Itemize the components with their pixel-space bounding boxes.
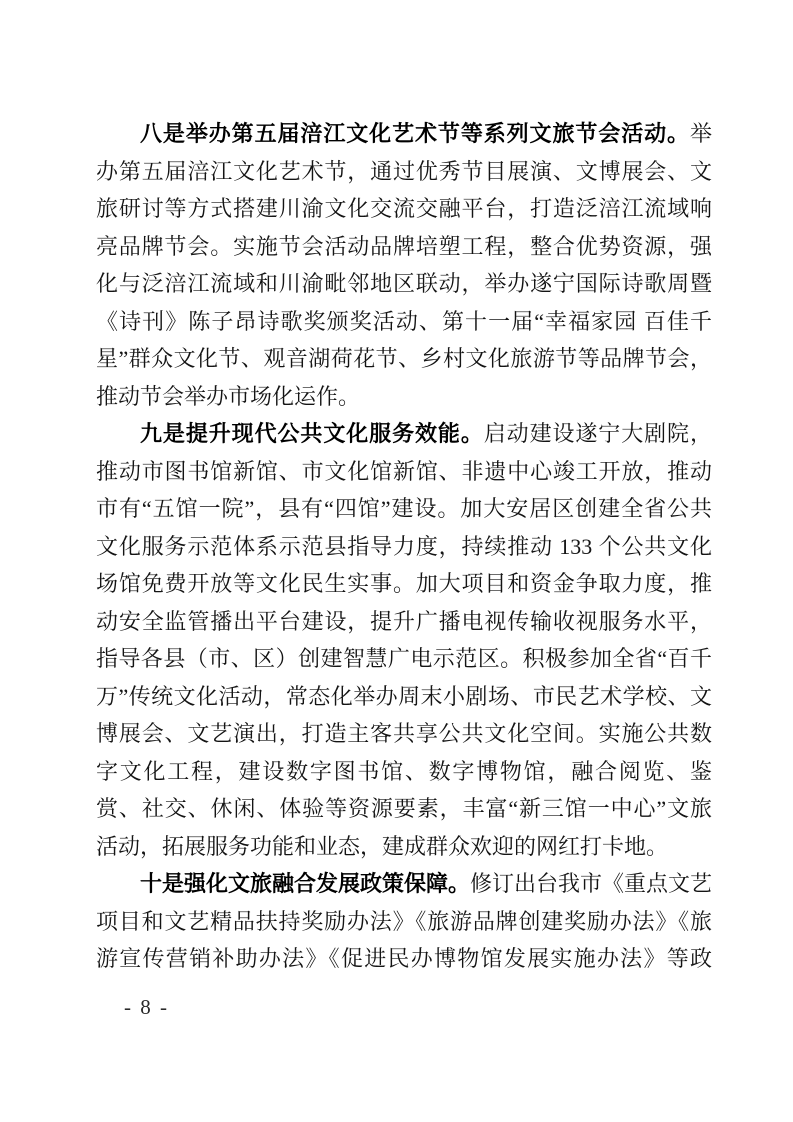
text-line: 八是举办第五届涪江文化艺术节等系列文旅节会活动。举: [96, 115, 712, 153]
line-text: 指导各县（市、区）创建智慧广电示范区。积极参加全省“百千: [96, 646, 712, 671]
line-text: 项目和文艺精品扶持奖励办法》《旅游品牌创建奖励办法》《旅: [96, 909, 712, 934]
text-line: 星”群众文化节、观音湖荷花节、乡村文化旅游节等品牌节会，: [96, 340, 712, 378]
line-text: 启动建设遂宁大剧院，: [484, 421, 712, 446]
line-text: 推动节会举办市场化运作。: [96, 384, 360, 409]
text-line: 《诗刊》陈子昂诗歌奖颁奖活动、第十一届“幸福家园 百佳千: [96, 303, 712, 341]
text-line: 字文化工程，建设数字图书馆、数字博物馆，融合阅览、鉴: [96, 753, 712, 791]
line-text: 字文化工程，建设数字图书馆、数字博物馆，融合阅览、鉴: [96, 759, 712, 784]
document-page: 八是举办第五届涪江文化艺术节等系列文旅节会活动。举 办第五届涪江文化艺术节，通过…: [0, 0, 793, 1122]
text-line: 万”传统文化活动，常态化举办周末小剧场、市民艺术学校、文: [96, 678, 712, 716]
text-line: 项目和文艺精品扶持奖励办法》《旅游品牌创建奖励办法》《旅: [96, 903, 712, 941]
text-line: 场馆免费开放等文化民生实事。加大项目和资金争取力度，推: [96, 565, 712, 603]
text-line: 指导各县（市、区）创建智慧广电示范区。积极参加全省“百千: [96, 640, 712, 678]
line-text: 文化服务示范体系示范县指导力度，持续推动 133 个公共文化: [96, 534, 712, 559]
line-text: 万”传统文化活动，常态化举办周末小剧场、市民艺术学校、文: [96, 684, 712, 709]
text-line: 九是提升现代公共文化服务效能。启动建设遂宁大剧院，: [96, 415, 712, 453]
text-line: 赏、社交、休闲、体验等资源要素，丰富“新三馆一中心”文旅: [96, 790, 712, 828]
text-line: 动安全监管播出平台建设，提升广播电视传输收视服务水平，: [96, 603, 712, 641]
text-line: 推动节会举办市场化运作。: [96, 378, 712, 416]
line-text: 游宣传营销补助办法》《促进民办博物馆发展实施办法》等政: [96, 946, 712, 971]
text-line: 活动，拓展服务功能和业态，建成群众欢迎的网红打卡地。: [96, 828, 712, 866]
line-text: 活动，拓展服务功能和业态，建成群众欢迎的网红打卡地。: [96, 834, 668, 859]
line-text: 举: [690, 121, 712, 146]
text-line: 十是强化文旅融合发展政策保障。修订出台我市《重点文艺: [96, 865, 712, 903]
line-text: 亮品牌节会。实施节会活动品牌培塑工程，整合优势资源，强: [96, 234, 712, 259]
line-text: 场馆免费开放等文化民生实事。加大项目和资金争取力度，推: [96, 571, 712, 596]
line-text: 赏、社交、休闲、体验等资源要素，丰富“新三馆一中心”文旅: [96, 796, 712, 821]
line-text: 化与泛涪江流域和川渝毗邻地区联动，举办遂宁国际诗歌周暨: [96, 271, 712, 296]
paragraph-lead: 八是举办第五届涪江文化艺术节等系列文旅节会活动。: [140, 121, 690, 146]
paragraph-lead: 十是强化文旅融合发展政策保障。: [140, 871, 470, 896]
text-line: 文化服务示范体系示范县指导力度，持续推动 133 个公共文化: [96, 528, 712, 566]
line-text: 《诗刊》陈子昂诗歌奖颁奖活动、第十一届“幸福家园 百佳千: [96, 309, 712, 334]
text-line: 市有“五馆一院”，县有“四馆”建设。加大安居区创建全省公共: [96, 490, 712, 528]
text-line: 化与泛涪江流域和川渝毗邻地区联动，举办遂宁国际诗歌周暨: [96, 265, 712, 303]
line-text: 动安全监管播出平台建设，提升广播电视传输收视服务水平，: [96, 609, 712, 634]
page-number: - 8 -: [124, 995, 169, 1019]
text-line: 旅研讨等方式搭建川渝文化交流交融平台，打造泛涪江流域响: [96, 190, 712, 228]
line-text: 办第五届涪江文化艺术节，通过优秀节目展演、文博展会、文: [96, 159, 712, 184]
line-text: 推动市图书馆新馆、市文化馆新馆、非遗中心竣工开放，推动: [96, 459, 712, 484]
text-line: 亮品牌节会。实施节会活动品牌培塑工程，整合优势资源，强: [96, 228, 712, 266]
document-body: 八是举办第五届涪江文化艺术节等系列文旅节会活动。举 办第五届涪江文化艺术节，通过…: [96, 115, 712, 978]
text-line: 博展会、文艺演出，打造主客共享公共文化空间。实施公共数: [96, 715, 712, 753]
line-text: 星”群众文化节、观音湖荷花节、乡村文化旅游节等品牌节会，: [96, 346, 712, 371]
text-line: 游宣传营销补助办法》《促进民办博物馆发展实施办法》等政: [96, 940, 712, 978]
text-line: 推动市图书馆新馆、市文化馆新馆、非遗中心竣工开放，推动: [96, 453, 712, 491]
text-line: 办第五届涪江文化艺术节，通过优秀节目展演、文博展会、文: [96, 153, 712, 191]
line-text: 修订出台我市《重点文艺: [470, 871, 712, 896]
line-text: 博展会、文艺演出，打造主客共享公共文化空间。实施公共数: [96, 721, 712, 746]
line-text: 市有“五馆一院”，县有“四馆”建设。加大安居区创建全省公共: [96, 496, 712, 521]
paragraph-lead: 九是提升现代公共文化服务效能。: [140, 421, 484, 446]
line-text: 旅研讨等方式搭建川渝文化交流交融平台，打造泛涪江流域响: [96, 196, 712, 221]
